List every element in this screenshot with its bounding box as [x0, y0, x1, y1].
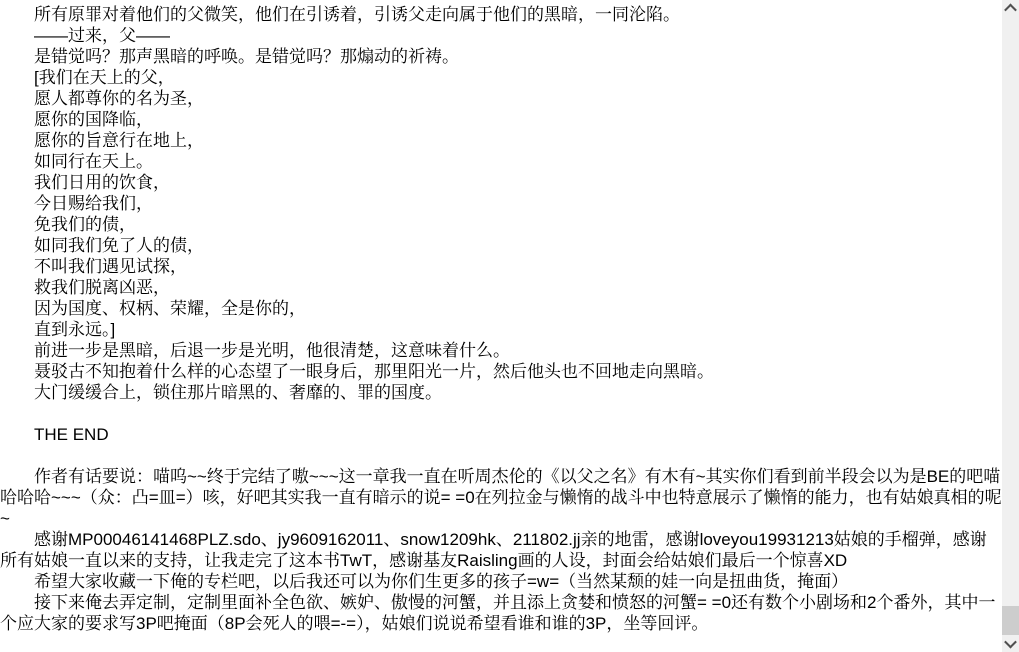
story-line: 直到永远。] — [0, 319, 1002, 340]
story-line: [我们在天上的父， — [0, 67, 1002, 88]
vertical-scrollbar[interactable] — [1002, 0, 1019, 652]
story-line: 聂驳古不知抱着什么样的心态望了一眼身后，那里阳光一片，然后他头也不回地走向黑暗。 — [0, 361, 1002, 382]
scrollbar-thumb[interactable] — [1002, 606, 1019, 635]
story-line: 救我们脱离凶恶， — [0, 277, 1002, 298]
story-line: 今日赐给我们， — [0, 193, 1002, 214]
story-line: ——过来，父—— — [0, 25, 1002, 46]
document-text: 所有原罪对着他们的父微笑，他们在引诱着，引诱父走向属于他们的黑暗，一同沦陷。 —… — [0, 0, 1002, 634]
author-note-paragraph: 希望大家收藏一下俺的专栏吧，以后我还可以为你们生更多的孩子=w=（当然某颓的娃一… — [0, 571, 1002, 592]
story-line: 愿你的旨意行在地上， — [0, 130, 1002, 151]
blank-line — [0, 403, 1002, 424]
chevron-down-icon — [1004, 636, 1017, 649]
story-line: 因为国度、权柄、荣耀，全是你的， — [0, 298, 1002, 319]
story-line: 愿人都尊你的名为圣， — [0, 88, 1002, 109]
author-note-paragraph: 感谢MP00046141468PLZ.sdo、jy9609162011、snow… — [0, 529, 1002, 571]
chevron-up-icon — [1004, 4, 1017, 17]
story-line: 大门缓缓合上，锁住那片暗黑的、奢靡的、罪的国度。 — [0, 382, 1002, 403]
story-line: 免我们的债， — [0, 214, 1002, 235]
story-line: 如同我们免了人的债， — [0, 235, 1002, 256]
blank-line — [0, 445, 1002, 466]
story-line: 前进一步是黑暗，后退一步是光明，他很清楚，这意味着什么。 — [0, 340, 1002, 361]
story-line: 不叫我们遇见试探， — [0, 256, 1002, 277]
end-marker: THE END — [0, 424, 1002, 445]
story-line: 愿你的国降临， — [0, 109, 1002, 130]
story-line: 如同行在天上。 — [0, 151, 1002, 172]
scroll-down-button[interactable] — [1002, 635, 1019, 652]
story-line: 是错觉吗？那声黑暗的呼唤。是错觉吗？那煽动的祈祷。 — [0, 46, 1002, 67]
author-note-paragraph: 接下来俺去弄定制，定制里面补全色欲、嫉妒、傲慢的河蟹，并且添上贪婪和愤怒的河蟹=… — [0, 592, 1002, 634]
scroll-up-button[interactable] — [1002, 0, 1019, 17]
story-line: 我们日用的饮食， — [0, 172, 1002, 193]
story-line: 所有原罪对着他们的父微笑，他们在引诱着，引诱父走向属于他们的黑暗，一同沦陷。 — [0, 4, 1002, 25]
author-note-paragraph: 作者有话要说：喵呜~~终于完结了嗷~~~这一章我一直在听周杰伦的《以父之名》有木… — [0, 466, 1002, 529]
